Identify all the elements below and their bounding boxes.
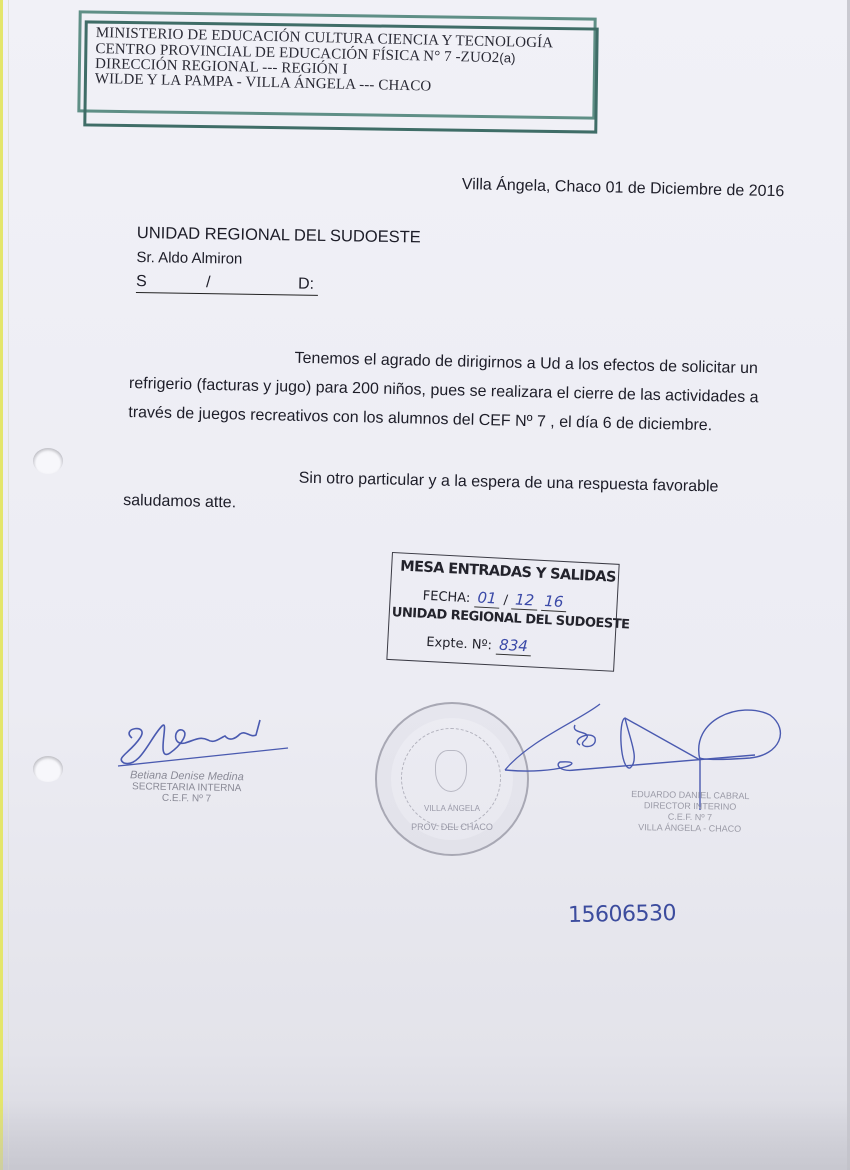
punch-hole-icon bbox=[33, 756, 63, 782]
scan-shadow bbox=[0, 1100, 850, 1170]
signature-left-icon bbox=[110, 708, 300, 778]
letter-body: Tenemos el agrado de dirigirnos a Ud a l… bbox=[128, 340, 790, 442]
recipient-name: Sr. Aldo Almiron bbox=[136, 249, 420, 270]
stamp-date-label: FECHA: bbox=[422, 589, 470, 606]
recipient-organization: UNIDAD REGIONAL DEL SUDOESTE bbox=[137, 224, 421, 247]
date-line: Villa Ángela, Chaco 01 de Diciembre de 2… bbox=[462, 176, 785, 201]
stamp-date-day: 01 bbox=[474, 588, 500, 608]
sd-slash: / bbox=[206, 274, 211, 292]
signature-right-caption: EDUARDO DANIEL CABRAL DIRECTOR INTERINO … bbox=[610, 789, 771, 836]
sd-right: D: bbox=[298, 276, 314, 294]
stamp-title: MESA ENTRADAS Y SALIDAS bbox=[400, 558, 616, 585]
reception-stamp: MESA ENTRADAS Y SALIDAS FECHA: 01 / 12 1… bbox=[386, 552, 619, 672]
stamp-file-number: Expte. Nº: 834 bbox=[426, 632, 531, 655]
signature-left-caption: Betiana Denise Medina SECRETARIA INTERNA… bbox=[116, 770, 257, 805]
scanned-letter-page: MINISTERIO DE EDUCACIÓN CULTURA CIENCIA … bbox=[0, 0, 850, 1170]
stamp-date-year: 16 bbox=[541, 592, 567, 612]
letterhead-suffix: (a) bbox=[499, 50, 516, 65]
sd-underline bbox=[136, 292, 318, 296]
seal-province: PROV. DEL CHACO bbox=[377, 822, 527, 832]
page-edge-highlight bbox=[0, 0, 3, 1170]
letter-closing: Sin otro particular y a la espera de una… bbox=[123, 462, 719, 526]
handwritten-number: 15606530 bbox=[568, 901, 676, 928]
signer-right-city: VILLA ÁNGELA - CHACO bbox=[610, 822, 770, 836]
sd-left: S bbox=[136, 273, 147, 291]
page-fold-line bbox=[8, 0, 9, 1170]
letterhead: MINISTERIO DE EDUCACIÓN CULTURA CIENCIA … bbox=[95, 26, 596, 98]
stamp-expte-value: 834 bbox=[496, 636, 532, 657]
salutation-sd: S / D: bbox=[136, 273, 318, 298]
stamp-expte-label: Expte. Nº: bbox=[426, 635, 492, 653]
stamp-date-month: 12 bbox=[512, 590, 538, 610]
punch-hole-icon bbox=[33, 448, 63, 474]
recipient-block: UNIDAD REGIONAL DEL SUDOESTE Sr. Aldo Al… bbox=[136, 224, 421, 299]
coat-of-arms-icon bbox=[435, 750, 467, 792]
